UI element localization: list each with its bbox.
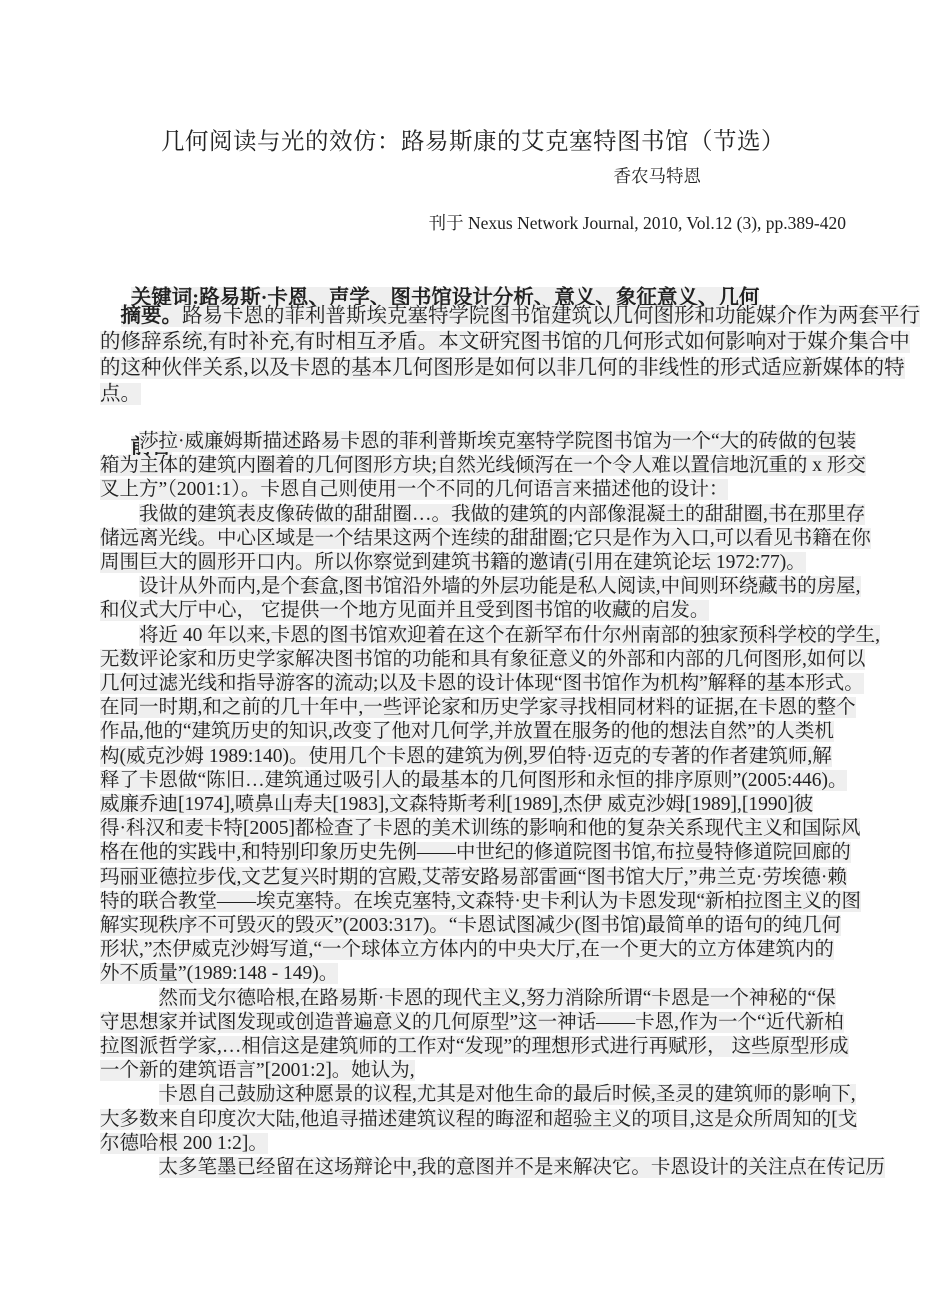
text-line: 太多笔墨已经留在这场辩论中,我的意图并不是来解决它。卡恩设计的关注点在传记历 — [100, 1156, 846, 1180]
text-line: 卡恩自己鼓励这种愿景的议程,尤其是对他生命的最后时候,圣灵的建筑师的影响下, — [100, 1083, 846, 1107]
document-content: 几何阅读与光的效仿：路易斯康的艾克塞特图书馆（节选） 香农马特恩 刊于 Nexu… — [100, 0, 846, 1309]
text-line: 将近 40 年以来,卡恩的图书馆欢迎着在这个在新罕布什尔州南部的独家预科学校的学… — [100, 624, 846, 648]
paragraph: 设计从外而内,是个套盒,图书馆沿外墙的外层功能是私人阅读,中间则环绕藏书的房屋,… — [100, 575, 846, 623]
paragraph: 莎拉·威廉姆斯描述路易卡恩的菲利普斯埃克塞特学院图书馆为一个“大的砖做的包装箱为… — [100, 430, 846, 503]
text-line: 我做的建筑表皮像砖做的甜甜圈…。我做的建筑的内部像混凝土的甜甜圈,书在那里存 — [100, 503, 846, 527]
text-line: 解实现秩序不可毁灭的毁灭”(2003:317)。“卡恩试图减少(图书馆)最简单的… — [100, 914, 846, 938]
text-line: 大多数来自印度次大陆,他追寻描述建筑议程的晦涩和超验主义的项目,这是众所周知的[… — [100, 1108, 846, 1132]
paragraph: 卡恩自己鼓励这种愿景的议程,尤其是对他生命的最后时候,圣灵的建筑师的影响下,大多… — [100, 1083, 846, 1156]
text-line: 释了卡恩做“陈旧…建筑通过吸引人的最基本的几何图形和永恒的排序原则”(2005:… — [100, 769, 846, 793]
text-line: 点。 — [100, 381, 846, 407]
publication-line: 刊于 Nexus Network Journal, 2010, Vol.12 (… — [429, 210, 846, 235]
text-line: 尔德哈根 200 1:2]。 — [100, 1132, 846, 1156]
text-line: 拉图派哲学家,…相信这是建筑师的工作对“发现”的理想形式进行再赋形， 这些原型形… — [100, 1035, 846, 1059]
text-line: 设计从外而内,是个套盒,图书馆沿外墙的外层功能是私人阅读,中间则环绕藏书的房屋, — [100, 575, 846, 599]
text-line: 特的联合教堂——埃克塞特。在埃克塞特,文森特·史卡利认为卡恩发现“新柏拉图主义的… — [100, 890, 846, 914]
text-line: 形状,”杰伊威克沙姆写道,“一个球体立方体内的中央大厅,在一个更大的立方体建筑内… — [100, 938, 846, 962]
text-line: 周围巨大的圆形开口内。所以你察觉到建筑书籍的邀请(引用在建筑论坛 1972:77… — [100, 551, 846, 575]
text-line: 无数评论家和历史学家解决图书馆的功能和具有象征意义的外部和内部的几何图形,如何以 — [100, 648, 846, 672]
text-line: 守思想家并试图发现或创造普遍意义的几何原型”这一神话——卡恩,作为一个“近代新柏 — [100, 1011, 846, 1035]
paragraph: 我做的建筑表皮像砖做的甜甜圈…。我做的建筑的内部像混凝土的甜甜圈,书在那里存储远… — [100, 503, 846, 576]
text-line: 得·科汉和麦卡特[2005]都检查了卡恩的美术训练的影响和他的复杂关系现代主义和… — [100, 817, 846, 841]
text-line: 格在他的实践中,和特别印象历史先例——中世纪的修道院图书馆,布拉曼特修道院回廊的 — [100, 841, 846, 865]
paragraph: 太多笔墨已经留在这场辩论中,我的意图并不是来解决它。卡恩设计的关注点在传记历 — [100, 1156, 846, 1180]
text-line: 几何过滤光线和指导游客的流动;以及卡恩的设计体现“图书馆作为机构”解释的基本形式… — [100, 672, 846, 696]
text-line: 作品,他的“建筑历史的知识,改变了他对几何学,并放置在服务的他的想法自然”的人类… — [100, 720, 846, 744]
body-text: 莎拉·威廉姆斯描述路易卡恩的菲利普斯埃克塞特学院图书馆为一个“大的砖做的包装箱为… — [100, 430, 846, 1180]
text-line: 叉上方”（2001:1）。卡恩自己则使用一个不同的几何语言来描述他的设计： — [100, 478, 846, 502]
text-line: 莎拉·威廉姆斯描述路易卡恩的菲利普斯埃克塞特学院图书馆为一个“大的砖做的包装 — [100, 430, 846, 454]
text-line: 威廉乔迪[1974],喷鼻山寿夫[1983],文森特斯考利[1989],杰伊 威… — [100, 793, 846, 817]
text-line: 的这种伙伴关系,以及卡恩的基本几何图形是如何以非几何的非线性的形式适应新媒体的特 — [100, 355, 846, 381]
text-line: 的修辞系统,有时补充,有时相互矛盾。本文研究图书馆的几何形式如何影响对于媒介集合… — [100, 329, 846, 355]
abstract-paragraph: 摘要。路易卡恩的菲利普斯埃克塞特学院图书馆建筑以几何图形和功能媒介作为两套平行的… — [100, 303, 846, 407]
text-line: 构(威克沙姆 1989:140)。使用几个卡恩的建筑为例,罗伯特·迈克的专著的作… — [100, 745, 846, 769]
paragraph: 将近 40 年以来,卡恩的图书馆欢迎着在这个在新罕布什尔州南部的独家预科学校的学… — [100, 624, 846, 987]
text-line: 一个新的建筑语言”[2001:2]。她认为, — [100, 1059, 846, 1083]
text-line: 储远离光线。中心区域是一个结果这两个连续的甜甜圈;它只是作为入口,可以看见书籍在… — [100, 527, 846, 551]
author-name: 香农马特恩 — [614, 163, 702, 188]
paragraph: 然而戈尔德哈根,在路易斯·卡恩的现代主义,努力消除所谓“卡恩是一个神秘的“保守思… — [100, 987, 846, 1084]
document-page: 几何阅读与光的效仿：路易斯康的艾克塞特图书馆（节选） 香农马特恩 刊于 Nexu… — [0, 0, 926, 1309]
text-line: 然而戈尔德哈根,在路易斯·卡恩的现代主义,努力消除所谓“卡恩是一个神秘的“保 — [100, 987, 846, 1011]
text-line: 在同一时期,和之前的几十年中,一些评论家和历史学家寻找相同材料的证据,在卡恩的整… — [100, 696, 846, 720]
text-line: 和仪式大厅中心， 它提供一个地方见面并且受到图书馆的收藏的启发。 — [100, 599, 846, 623]
text-line: 玛丽亚德拉步伐,文艺复兴时期的宫殿,艾蒂安路易部雷画“图书馆大厅,”弗兰克·劳埃… — [100, 866, 846, 890]
text-line: 摘要。路易卡恩的菲利普斯埃克塞特学院图书馆建筑以几何图形和功能媒介作为两套平行 — [100, 303, 846, 329]
text-line: 箱为主体的建筑内圈着的几何图形方块;自然光线倾泻在一个令人难以置信地沉重的 x … — [100, 454, 846, 478]
text-line: 外不质量”(1989:148 - 149)。 — [100, 962, 846, 986]
page-title: 几何阅读与光的效仿：路易斯康的艾克塞特图书馆（节选） — [100, 122, 846, 156]
